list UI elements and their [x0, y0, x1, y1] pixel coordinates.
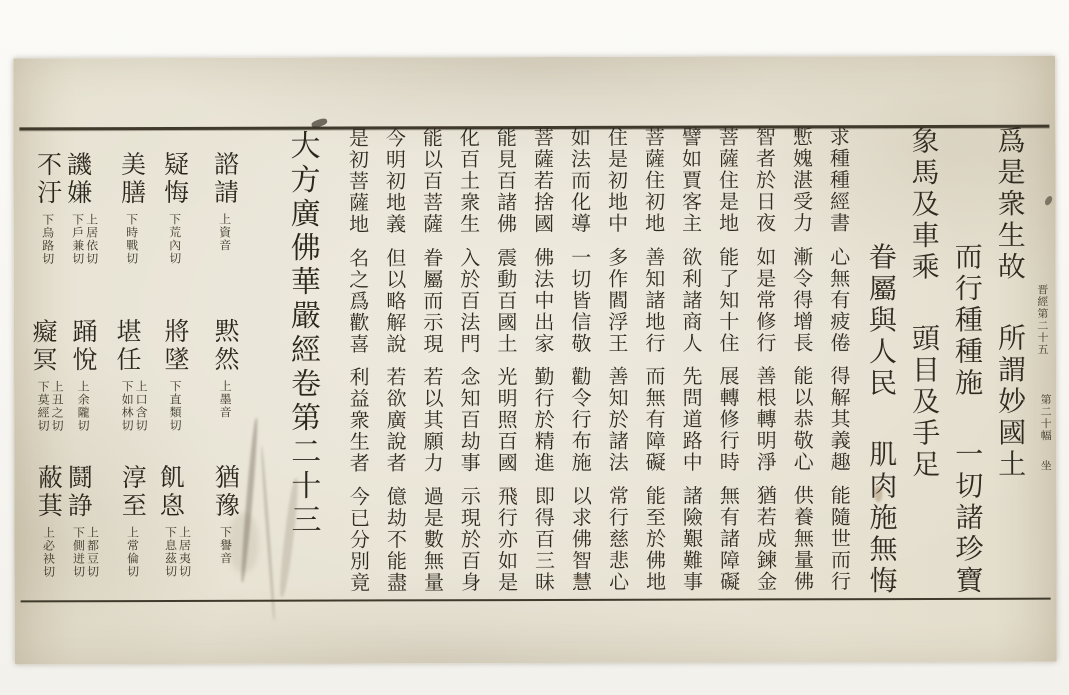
verse-phrase: 是初菩薩地: [345, 127, 369, 235]
verse-phrase: 勸令行布施: [568, 366, 592, 474]
verse-phrase: 象馬及車乘: [907, 126, 940, 284]
verse-phrase: 供養無量佛: [790, 485, 814, 593]
verse-column: 爲是衆生故所謂妙國土: [987, 126, 1030, 599]
verse-phrase: 能見百諸佛: [493, 127, 517, 235]
glossary-entry: 蔽萁上必袂切: [20, 464, 66, 578]
verse-phrase: 光明照百國: [494, 366, 518, 474]
verse-phrase: 所謂妙國土: [994, 323, 1027, 481]
glossary-headword: 猶豫: [211, 464, 240, 520]
glossary-headword: 美膳: [117, 151, 146, 207]
verse-phrase: 能至於佛地: [642, 485, 666, 593]
verse-phrase: 過是數無量: [420, 486, 444, 594]
verse-phrase: 入於百法門: [457, 247, 481, 355]
verse-column: 今明初地義但以略解說若欲廣說者億劫不能盡: [375, 127, 410, 600]
glossary-headword: 踊悅: [69, 318, 98, 374]
glossary-gloss: 上必袂切: [41, 526, 55, 578]
verse-phrase: 善根轉明淨: [753, 365, 777, 473]
glossary-entry: 疑悔下荒內切: [146, 151, 192, 265]
verse-phrase: 菩薩住是地: [715, 126, 739, 234]
glossary-gloss: 下時戰切: [125, 213, 139, 265]
verse-phrase: 億劫不能盡: [383, 486, 407, 594]
verse-phrase: 頭目及手足: [908, 323, 941, 481]
glossary-entry: 猶豫下譽音: [197, 464, 243, 565]
verse-column: 智者於日夜如是常修行善根轉明淨猶若成鍊金: [745, 126, 780, 599]
verse-phrase: 多作閻浮王: [605, 246, 629, 354]
verse-column: 譬如賈客主欲利諸商人先問道路中諸險艱難事: [671, 127, 706, 600]
glossary-gloss: 下側迸切: [71, 526, 85, 578]
verse-column: 象馬及車乘頭目及手足: [901, 126, 944, 599]
glossary-gloss: 上常倫切: [125, 526, 139, 578]
glossary-headword: 癡冥: [29, 318, 58, 374]
verse-phrase: 眷屬與人民: [865, 242, 898, 400]
glossary-entry: 黙然上墨音: [197, 318, 243, 419]
verse-phrase: 如是常修行: [753, 246, 777, 354]
glossary-entry: 將墜下直類切: [147, 318, 193, 432]
scanned-manuscript: 晋經第二十五 第二十幅 坐 爲是衆生故所謂妙國土 而行種種施一切諸珍寶 象馬及車…: [0, 0, 1069, 695]
verse-phrase: 一切皆信敬: [568, 246, 592, 354]
verse-phrase: 而行種種施: [951, 242, 984, 400]
glossary-entry: 飢恖上居夷切下息茲切: [147, 464, 193, 578]
verse-phrase: 能以百菩薩: [419, 127, 443, 235]
ink-speck: [1043, 195, 1053, 207]
glossary-entry: 美膳下時戰切: [103, 151, 149, 265]
verse-column: 眷屬與人民肌肉施無悔: [858, 126, 901, 599]
verse-phrase: 心無有疲倦: [827, 246, 851, 354]
glossary-gloss: 上余隴切: [76, 380, 90, 432]
verse-phrase: 善知諸地行: [642, 246, 666, 354]
verse-phrase: 佛法中出家: [531, 246, 555, 354]
glossary-gloss: 下荒內切: [168, 213, 182, 265]
glossary-gloss: 上口含切: [134, 380, 148, 432]
glossary-headword: 疑悔: [160, 151, 189, 207]
verse-phrase: 智者於日夜: [752, 126, 776, 234]
verse-phrase: 一切諸珍寶: [951, 439, 984, 597]
verse-phrase: 化百土衆生: [456, 127, 480, 235]
verse-phrase: 名之爲歡喜: [346, 247, 370, 355]
verse-column: 化百土衆生入於百法門念知百劫事示現於百身: [449, 127, 484, 600]
verse-phrase: 眷屬而示現: [420, 247, 444, 355]
glossary-headword: 諮請: [210, 151, 239, 207]
verse-phrase: 能隨世而行: [827, 485, 851, 593]
verse-column: 是初菩薩地名之爲歡喜利益衆生者今已分別竟: [338, 127, 373, 600]
fascicle-end-title: 大方廣佛華嚴經卷第二十三: [279, 130, 324, 603]
glossary-gloss: 下莫經切: [36, 380, 50, 432]
verse-phrase: 以求佛智慧: [568, 485, 592, 593]
glossary-gloss: 下直類切: [168, 380, 182, 432]
glossary-headword: 淳至: [118, 464, 147, 520]
glossary-entry: 諮請上資音: [196, 151, 242, 252]
verse-phrase: 菩薩若捨國: [530, 127, 554, 235]
verse-phrase: 善知於諸法: [605, 366, 629, 474]
verse-column: 菩薩住初地善知諸地行而無有障礙能至於佛地: [634, 127, 669, 600]
verse-phrase: 能了知十住: [716, 246, 740, 354]
verse-phrase: 今已分別竟: [346, 486, 370, 594]
verse-phrase: 利益衆生者: [346, 366, 370, 474]
glossary-entry: 癡冥上丑之切下莫經切: [20, 318, 66, 432]
verse-phrase: 示現於百身: [457, 486, 481, 594]
glossary-entry: 淳至上常倫切: [104, 464, 150, 578]
verse-phrase: 得解其義趣: [827, 365, 851, 473]
verse-phrase: 震動百國土: [494, 247, 518, 355]
verse-phrase: 若以其願力: [420, 366, 444, 474]
glossary-gloss: 上都豆切: [85, 526, 99, 578]
glossary-entry: 不汙下烏路切: [19, 151, 65, 265]
glossary-headword: 不汙: [33, 151, 62, 207]
verse-phrase: 如法而化導: [567, 127, 591, 235]
glossary-gloss: 下息茲切: [163, 526, 177, 578]
margin-note-sheet-number: 第二十幅: [1037, 394, 1053, 454]
glossary-headword: 堪任: [113, 318, 142, 374]
verse-column: 求種種經書心無有疲倦得解其義趣能隨世而行: [819, 126, 854, 599]
verse-column: 菩薩住是地能了知十住展轉修行時無有諸障礙: [708, 126, 743, 599]
verse-phrase: 但以略解說: [383, 247, 407, 355]
verse-column: 菩薩若捨國佛法中出家勤行於精進即得百三昧: [523, 127, 558, 600]
glossary-gloss: 上居依切: [85, 213, 99, 265]
glossary-gloss: 上居夷切: [177, 526, 191, 578]
verse-phrase: 念知百劫事: [457, 366, 481, 474]
margin-note-collation-mark: 坐: [1037, 460, 1053, 476]
verse-phrase: 爲是衆生故: [993, 126, 1026, 284]
glossary-gloss: 下烏路切: [41, 213, 55, 265]
verse-phrase: 今明初地義: [382, 127, 406, 235]
glossary-gloss: 上墨音: [218, 380, 232, 419]
verse-column: 能以百菩薩眷屬而示現若以其願力過是數無量: [412, 127, 447, 600]
verse-phrase: 若欲廣說者: [383, 366, 407, 474]
verse-column: 如法而化導一切皆信敬勸令行布施以求佛智慧: [560, 127, 595, 600]
verse-phrase: 勤行於精進: [531, 366, 555, 474]
glossary-gloss: 上資音: [218, 213, 232, 252]
verse-phrase: 即得百三昧: [531, 485, 555, 593]
glossary-gloss: 下戶兼切: [71, 213, 85, 265]
verse-phrase: 漸令得增長: [790, 246, 814, 354]
verse-phrase: 先問道路中: [679, 366, 703, 474]
verse-phrase: 能以恭敬心: [790, 365, 814, 473]
verse-phrase: 住是初地中: [604, 127, 628, 235]
verse-phrase: 肌肉施無悔: [865, 440, 898, 598]
glossary-headword: 鬪諍: [64, 464, 93, 520]
glossary-gloss: 下譽音: [218, 526, 232, 565]
verse-phrase: 猶若成鍊金: [753, 485, 777, 593]
verse-phrase: 欲利諸商人: [679, 246, 703, 354]
glossary-entry: 堪任上口含切下如林切: [104, 318, 150, 432]
verse-column: 住是初地中多作閻浮王善知於諸法常行慈悲心: [597, 127, 632, 600]
glossary-headword: 蔽萁: [34, 464, 63, 520]
verse-phrase: 求種種經書: [826, 126, 850, 234]
verse-phrase: 而無有障礙: [642, 366, 666, 474]
verse-column: 能見百諸佛震動百國土光明照百國飛行亦如是: [486, 127, 521, 600]
glossary-gloss: 下如林切: [120, 380, 134, 432]
scroll-paper-sheet: 晋經第二十五 第二十幅 坐 爲是衆生故所謂妙國土 而行種種施一切諸珍寶 象馬及車…: [13, 56, 1057, 665]
margin-note-sutra-number: 晋經第二十五: [1034, 284, 1050, 364]
verse-phrase: 菩薩住初地: [641, 127, 665, 235]
verse-phrase: 譬如賈客主: [678, 127, 702, 235]
glossary-headword: 譏嫌: [63, 151, 92, 207]
glossary-headword: 黙然: [211, 318, 240, 374]
verse-phrase: 諸險艱難事: [679, 485, 703, 593]
verse-phrase: 常行慈悲心: [605, 485, 629, 593]
glossary-gloss: 上丑之切: [50, 380, 64, 432]
verse-phrase: 飛行亦如是: [494, 486, 518, 594]
glossary-headword: 飢恖: [156, 464, 185, 520]
verse-phrase: 慙媿湛受力: [789, 126, 813, 234]
verse-column: 慙媿湛受力漸令得增長能以恭敬心供養無量佛: [782, 126, 817, 599]
verse-column: 而行種種施一切諸珍寶: [944, 126, 987, 599]
verse-phrase: 無有諸障礙: [716, 485, 740, 593]
verse-phrase: 展轉修行時: [716, 365, 740, 473]
glossary-headword: 將墜: [161, 318, 190, 374]
